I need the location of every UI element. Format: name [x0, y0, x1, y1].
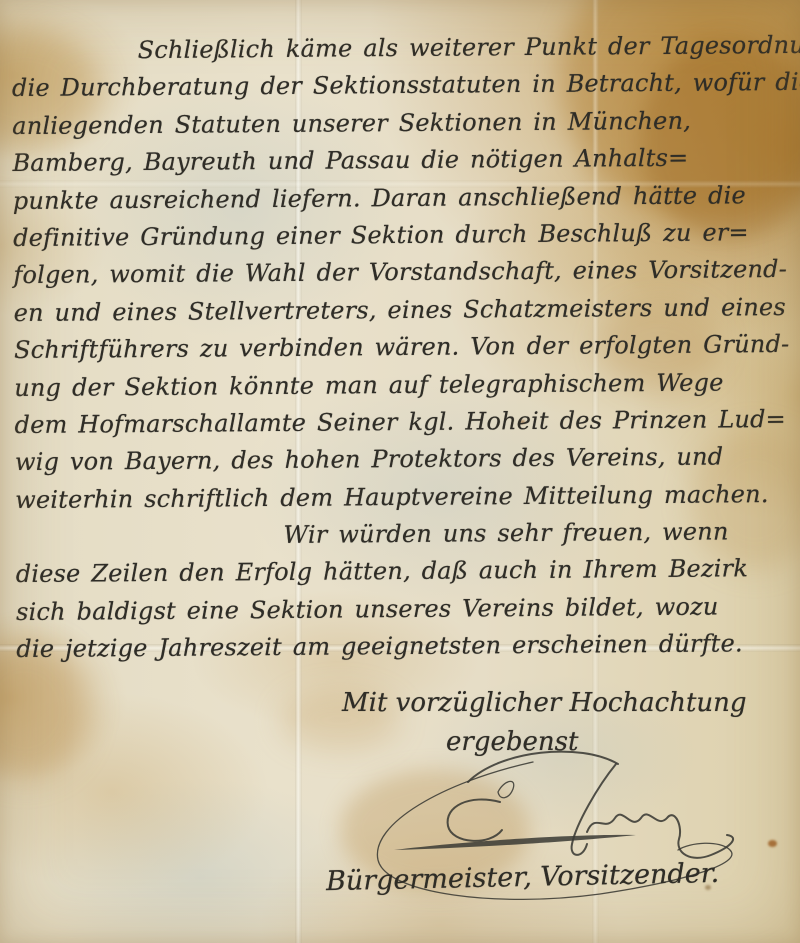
- closing-salutation: Mit vorzüglicher Hochachtung: [342, 688, 747, 718]
- letter-line: definitive Gründung einer Sektion durch …: [13, 214, 789, 257]
- letter-line: dem Hofmarschallamte Seiner kgl. Hoheit …: [14, 401, 790, 444]
- letter-line: Schriftführers zu verbinden wären. Von d…: [14, 326, 790, 369]
- letter-line: ung der Sektion könnte man auf telegraph…: [14, 363, 790, 406]
- letter-line: Schließlich käme als weiterer Punkt der …: [12, 27, 788, 70]
- letter-line: wig von Bayern, des hohen Protektors des…: [15, 438, 791, 481]
- letter-line: punkte ausreichend liefern. Daran anschl…: [13, 177, 789, 220]
- letter-line: die Durchberatung der Sektionsstatuten i…: [12, 64, 788, 107]
- letter-page: Schließlich käme als weiterer Punkt der …: [0, 0, 800, 943]
- letter-line: anliegenden Statuten unserer Sektionen i…: [12, 102, 788, 145]
- letter-line: die jetzige Jahreszeit am geeignetsten e…: [16, 625, 792, 668]
- letter-line: sich baldigst eine Sektion unseres Verei…: [16, 588, 792, 631]
- letter-line: en und eines Stellvertreters, eines Scha…: [14, 289, 790, 332]
- signature-title: Bürgermeister, Vorsitzender.: [326, 858, 720, 897]
- letter-line: folgen, womit die Wahl der Vorstandschaf…: [13, 251, 789, 294]
- letter-line: weiterhin schriftlich dem Hauptvereine M…: [15, 476, 791, 519]
- ink-speck: [768, 840, 777, 847]
- letter-body: Schließlich käme als weiterer Punkt der …: [12, 27, 793, 669]
- closing-ergebenst: ergebenst: [446, 727, 578, 757]
- letter-line: Bamberg, Bayreuth und Passau die nötigen…: [12, 139, 788, 182]
- letter-line: diese Zeilen den Erfolg hätten, daß auch…: [16, 550, 792, 593]
- letter-line: Wir würden uns sehr freuen, wenn: [15, 513, 791, 556]
